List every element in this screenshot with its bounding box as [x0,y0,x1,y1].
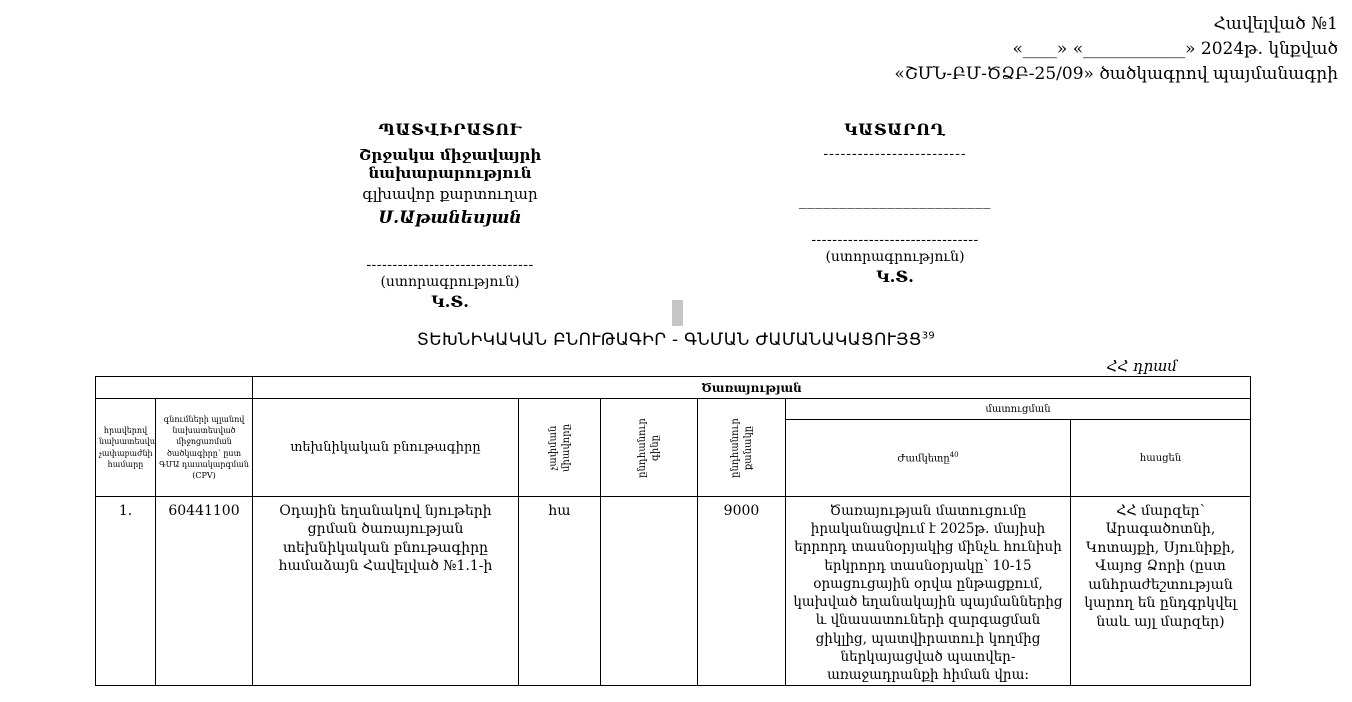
header-term-label: Ժամկետը [897,454,949,465]
annex-line-date: «____» «____________» 2024թ. կնքված [894,37,1338,62]
executor-blank-line-2: ________________________ [735,191,1055,209]
customer-signature-line: -------------------------------- [290,257,610,273]
customer-block: ՊԱՏՎԻՐԱՏՈՒ Շրջակա միջավայրի նախարարությո… [290,120,610,311]
document-title: ՏԵԽՆԻԿԱԿԱՆ ԲՆՈՒԹԱԳԻՐ - ԳՆՄԱՆ ԺԱՄԱՆԱԿԱՑՈՒ… [0,330,1352,350]
customer-organization: Շրջակա միջավայրի նախարարություն [290,146,610,182]
header-address: հասցեն [1071,420,1251,497]
header-total-quantity: ընդհանուր քանակը [698,399,786,497]
row-address: ՀՀ մարզեր՝ Արագածոտնի, Կոտայքի, Սյունիքի… [1071,497,1251,686]
header-group-service: Ծառայության [253,377,1251,399]
executor-signature-label: (ստորագրություն) [735,249,1055,265]
header-technical-spec: տեխնիկական բնութագիրը [253,399,519,497]
specification-table: Ծառայության հրավերով նախատեսված չափաբաժն… [95,376,1251,686]
executor-role-title: ԿԱՏԱՐՈՂ [735,120,1055,139]
row-total-quantity: 9000 [698,497,786,686]
table-corner-empty-cell [96,377,253,399]
row-technical-spec: Օդային եղանակով նյութերի ցրման ծառայությ… [253,497,519,686]
row-term: Ծառայության մատուցումը իրականացվում է 20… [786,497,1071,686]
row-lot-number: 1. [96,497,156,686]
row-total-price [601,497,698,686]
row-cpv-code: 60441100 [156,497,253,686]
customer-role-title: ՊԱՏՎԻՐԱՏՈՒ [290,120,610,139]
specification-table-wrap: Ծառայության հրավերով նախատեսված չափաբաժն… [95,376,1251,686]
currency-note: ՀՀ դրամ [1107,357,1177,375]
annex-line-number: Հավելված №1 [894,12,1338,37]
executor-seal-mark: Կ.Տ. [735,267,1055,286]
row-measurement-unit: հա [519,497,601,686]
header-term-footnote-ref: 40 [950,451,959,459]
header-group-delivery: մատուցման [786,399,1251,420]
customer-seal-mark: Կ.Տ. [290,292,610,311]
header-cpv-code: գնումների պլանով նախատեսված միջոցառման ծ… [156,399,253,497]
document-title-text: ՏԵԽՆԻԿԱԿԱՆ ԲՆՈՒԹԱԳԻՐ - ԳՆՄԱՆ ԺԱՄԱՆԱԿԱՑՈՒ… [417,330,922,350]
header-lot-number: հրավերով նախատեսված չափաբաժնի համարը [96,399,156,497]
executor-signature-line: -------------------------------- [735,232,1055,248]
header-measurement-unit-label: չափման միավորը [547,405,573,491]
customer-signatory-name: Ս.Աթանեսյան [290,208,610,228]
customer-position: գլխավոր քարտուղար [290,185,610,203]
header-total-price: ընդհանուր գինը [601,399,698,497]
executor-blank-line-1: ------------------------- [735,146,1055,162]
executor-block: ԿԱՏԱՐՈՂ ------------------------- ______… [735,120,1055,286]
header-measurement-unit: չափման միավորը [519,399,601,497]
annex-header: Հավելված №1 «____» «____________» 2024թ.… [894,12,1338,87]
header-term: Ժամկետը40 [786,420,1071,497]
header-total-quantity-label: ընդհանուր քանակը [729,405,755,491]
gray-marker-artifact [672,300,683,326]
annex-line-contract-code: «ՇՄՆ-ԲՄ-ԾՁԲ-25/09» ծածկագրով պայմանագրի [894,62,1338,87]
customer-signature-label: (ստորագրություն) [290,274,610,290]
header-total-price-label: ընդհանուր գինը [636,405,662,491]
document-title-footnote-ref: 39 [922,330,935,341]
